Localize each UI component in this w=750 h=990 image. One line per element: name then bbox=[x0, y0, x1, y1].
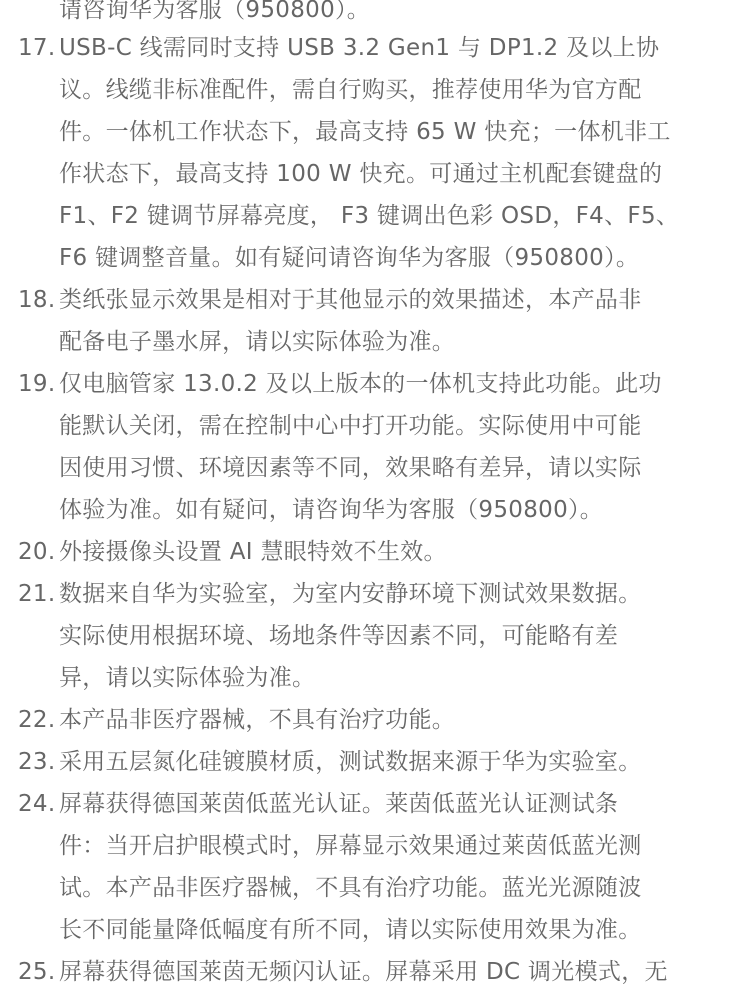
footnote-text: 类纸张显示效果是相对于其他显示的效果描述，本产品非 bbox=[59, 280, 642, 321]
footnote-number: 24. bbox=[18, 784, 60, 825]
footnote-text: USB-C 线需同时支持 USB 3.2 Gen1 与 DP1.2 及以上协 bbox=[59, 28, 659, 69]
footnote-text: 仅电脑管家 13.0.2 及以上版本的一体机支持此功能。此功 bbox=[59, 364, 662, 405]
footnote-number: 20. bbox=[18, 532, 60, 573]
footnote-text: 试。本产品非医疗器械，不具有治疗功能。蓝光光源随波 bbox=[59, 868, 642, 909]
footnote-text: 数据来自华为实验室，为室内安静环境下测试效果数据。 bbox=[59, 574, 642, 615]
footnote-text: 体验为准。如有疑问，请咨询华为客服（950800）。 bbox=[59, 490, 603, 531]
footnote-number: 21. bbox=[18, 574, 60, 615]
footnote-text: 长不同能量降低幅度有所不同，请以实际使用效果为准。 bbox=[59, 910, 642, 951]
footnote-number: 23. bbox=[18, 742, 60, 783]
footnote-text: 请咨询华为客服（950800）。 bbox=[59, 0, 370, 31]
footnote-text: 议。线缆非标准配件，需自行购买，推荐使用华为官方配 bbox=[59, 70, 642, 111]
footnote-text: 作状态下，最高支持 100 W 快充。可通过主机配套键盘的 bbox=[59, 154, 662, 195]
footnote-text: 件。一体机工作状态下，最高支持 65 W 快充；一体机非工 bbox=[59, 112, 671, 153]
footnote-number: 25. bbox=[18, 952, 60, 990]
footnote-text: 采用五层氮化硅镀膜材质，测试数据来源于华为实验室。 bbox=[59, 742, 642, 783]
footnote-text: 实际使用根据环境、场地条件等因素不同，可能略有差 bbox=[59, 616, 618, 657]
footnote-text: 本产品非医疗器械，不具有治疗功能。 bbox=[59, 700, 455, 741]
footnote-text: 屏幕获得德国莱茵低蓝光认证。莱茵低蓝光认证测试条 bbox=[59, 784, 618, 825]
footnote-text: 外接摄像头设置 AI 慧眼特效不生效。 bbox=[59, 532, 447, 573]
footnote-number: 19. bbox=[18, 364, 60, 405]
footnote-text: 件：当开启护眼模式时，屏幕显示效果通过莱茵低蓝光测 bbox=[59, 826, 642, 867]
footnote-text: F6 键调整音量。如有疑问请咨询华为客服（950800）。 bbox=[59, 238, 639, 279]
footnote-number: 17. bbox=[18, 28, 60, 69]
footnote-number: 22. bbox=[18, 700, 60, 741]
footnote-text: F1、F2 键调节屏幕亮度， F3 键调出色彩 OSD，F4、F5、 bbox=[59, 196, 679, 237]
footnote-text: 配备电子墨水屏，请以实际体验为准。 bbox=[59, 322, 455, 363]
footnote-text: 异，请以实际体验为准。 bbox=[59, 658, 315, 699]
footnote-number: 18. bbox=[18, 280, 60, 321]
footnote-text: 因使用习惯、环境因素等不同，效果略有差异，请以实际 bbox=[59, 448, 642, 489]
footnote-text: 屏幕获得德国莱茵无频闪认证。屏幕采用 DC 调光模式，无 bbox=[59, 952, 668, 990]
footnote-text: 能默认关闭，需在控制中心中打开功能。实际使用中可能 bbox=[59, 406, 642, 447]
